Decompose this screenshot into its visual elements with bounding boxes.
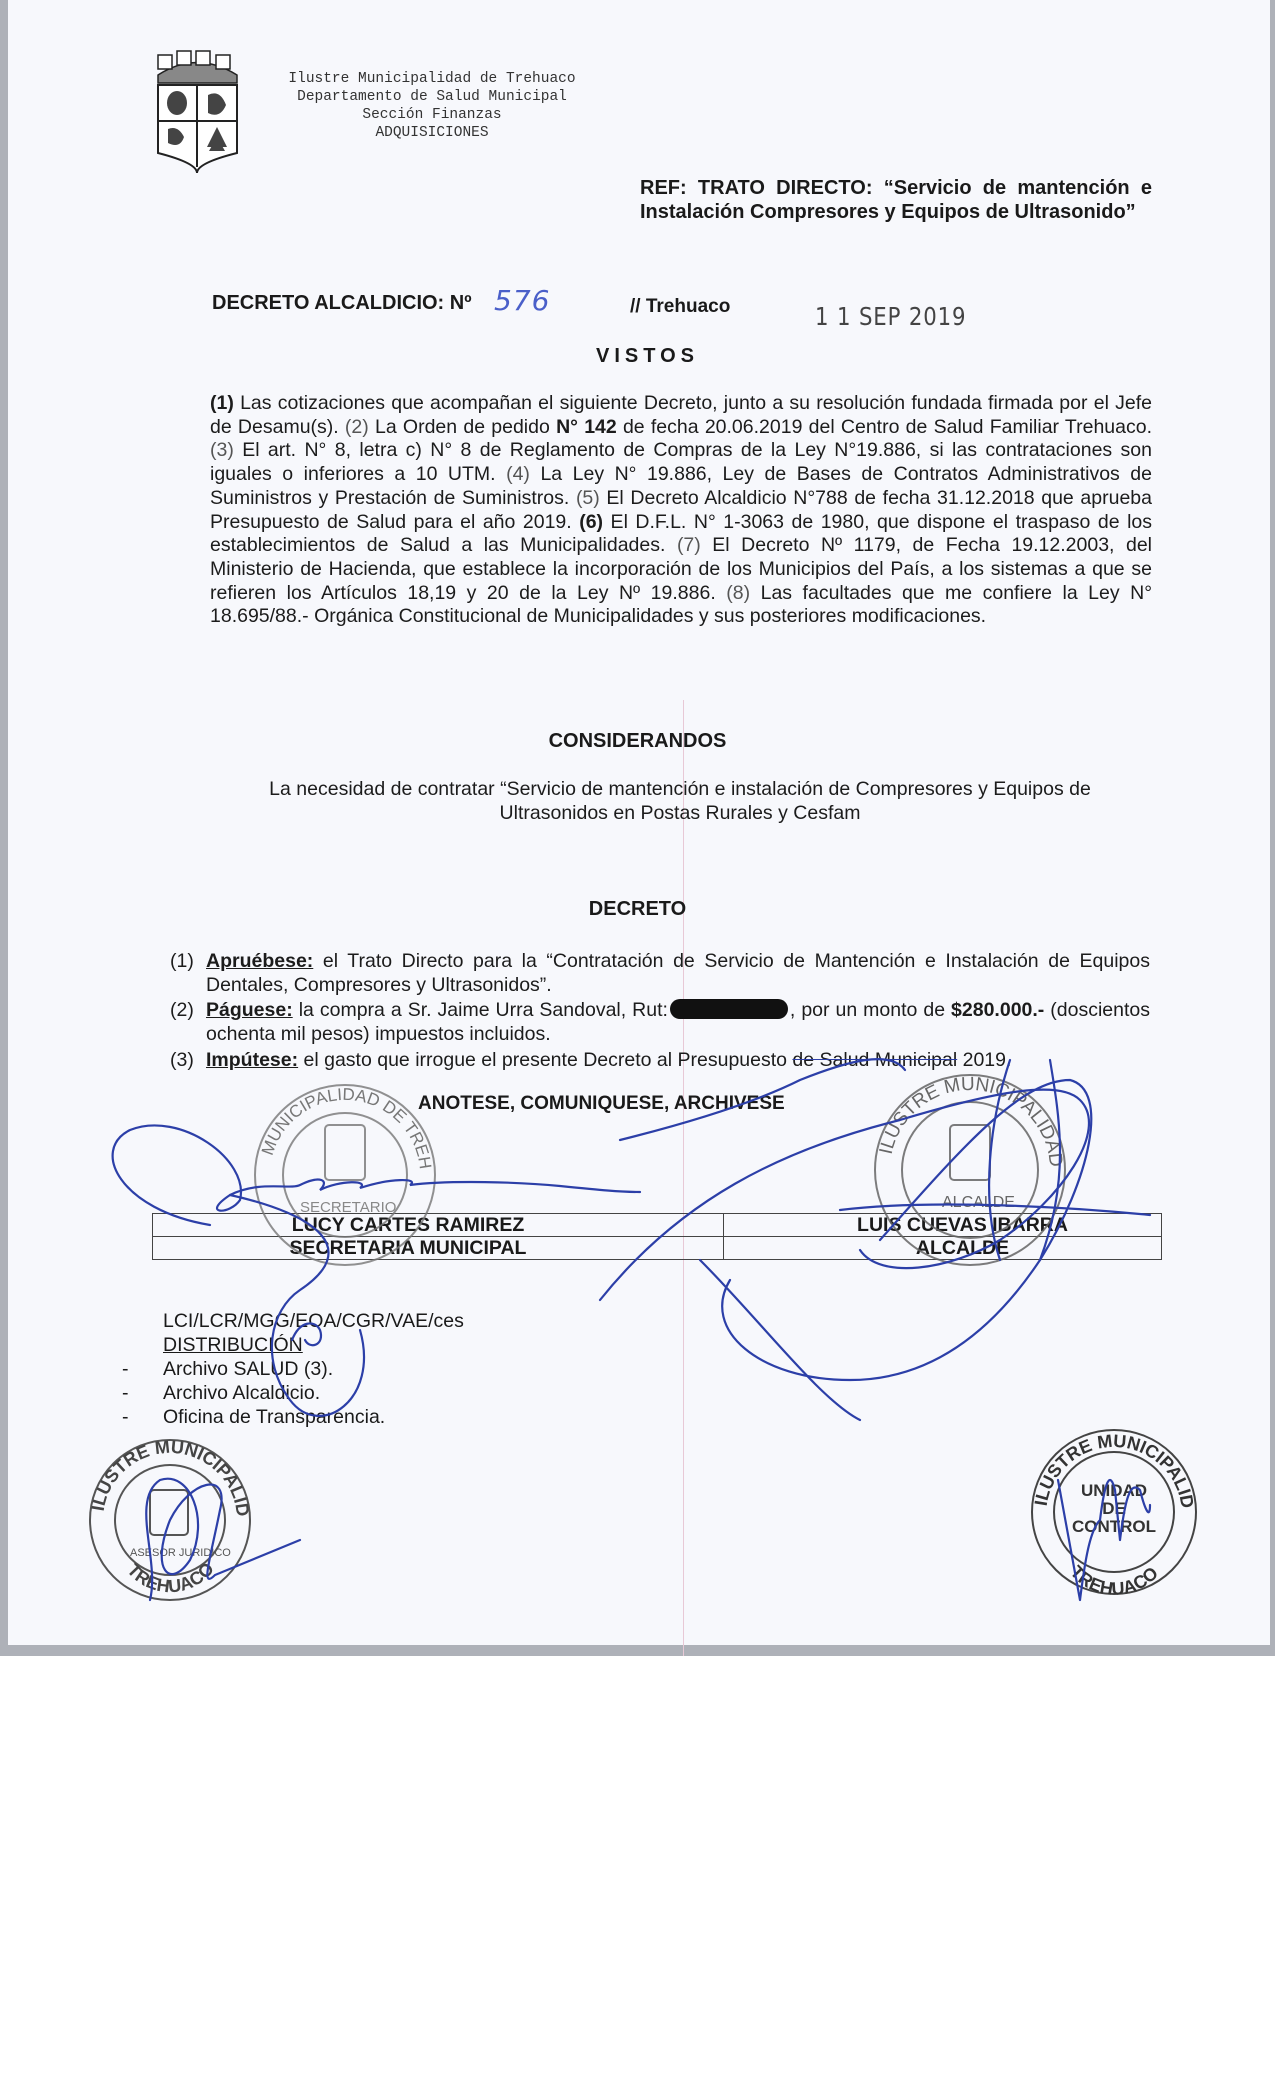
- struck-text: de Salud Municipal: [792, 1049, 957, 1071]
- decreto-items: (1)Apruébese: el Trato Directo para la “…: [170, 950, 1150, 1075]
- visto-text-2a: La Orden de pedido: [369, 416, 556, 438]
- reference-initials: LCI/LCR/MGG/EOA/CGR/VAE/ces: [163, 1309, 464, 1333]
- considerandos-text: La necesidad de contratar “Servicio de m…: [230, 778, 1130, 825]
- decreto-item-1: (1)Apruébese: el Trato Directo para la “…: [170, 950, 1150, 997]
- payment-amount: $280.000.-: [951, 999, 1044, 1021]
- signer-left-role-cell: SECRETARIA MUNICIPAL: [153, 1237, 724, 1260]
- considerandos-heading: CONSIDERANDOS: [0, 730, 1275, 753]
- distribution-list: DISTRIBUCIÓN -Archivo SALUD (3). -Archiv…: [122, 1333, 385, 1429]
- header-line-4: ADQUISICIONES: [262, 124, 602, 142]
- signer-left-name-cell: LUCY CARTES RAMIREZ: [153, 1214, 724, 1237]
- distribution-item: -Archivo SALUD (3).: [122, 1357, 385, 1381]
- signer-right-name: LUIS CUEVAS IBARRA: [857, 1214, 1068, 1236]
- decreto-item-verb: Apruébese:: [206, 950, 313, 972]
- institution-header: Ilustre Municipalidad de Trehuaco Depart…: [262, 70, 602, 142]
- decreto-heading: DECRETO: [0, 898, 1275, 921]
- visto-num-8: (8): [726, 582, 750, 604]
- vistos-paragraph: (1) Las cotizaciones que acompañan el si…: [210, 392, 1152, 629]
- decreto-item-verb: Páguese:: [206, 999, 293, 1021]
- scan-fold-line: [683, 700, 684, 1656]
- reference-subject: REF: TRATO DIRECTO: “Servicio de mantenc…: [640, 176, 1152, 224]
- visto-text-2b: de fecha 20.06.2019 del Centro de Salud …: [617, 416, 1152, 438]
- decreto-item-text-end: 2019.: [957, 1049, 1011, 1071]
- distribution-title: DISTRIBUCIÓN: [163, 1333, 385, 1357]
- visto-num-4: (4): [506, 463, 530, 485]
- visto-num-7: (7): [677, 534, 701, 556]
- signer-right-name-cell: LUIS CUEVAS IBARRA: [724, 1214, 1162, 1237]
- distribution-item: -Archivo Alcaldicio.: [122, 1381, 385, 1405]
- visto-num-5: (5): [576, 487, 600, 509]
- signer-left-role: SECRETARIA MUNICIPAL: [290, 1237, 527, 1259]
- decreto-item-2: (2)Páguese: la compra a Sr. Jaime Urra S…: [170, 999, 1150, 1046]
- visto-num-1: (1): [210, 392, 234, 414]
- vistos-heading: VISTOS: [0, 345, 1275, 368]
- signer-right-role-cell: ALCALDE: [724, 1237, 1162, 1260]
- decreto-item-index: (3): [170, 1049, 194, 1073]
- decreto-item-text: el Trato Directo para la “Contratación d…: [206, 950, 1150, 996]
- header-line-2: Departamento de Salud Municipal: [262, 88, 602, 106]
- signature-table: LUCY CARTES RAMIREZ LUIS CUEVAS IBARRA S…: [152, 1213, 1162, 1260]
- header-line-3: Sección Finanzas: [262, 106, 602, 124]
- date-stamp: 1 1 SEP 2019: [815, 302, 966, 331]
- header-line-1: Ilustre Municipalidad de Trehuaco: [262, 70, 602, 88]
- signer-right-role: ALCALDE: [916, 1237, 1009, 1259]
- decree-label: DECRETO ALCALDICIO: Nº: [212, 292, 472, 315]
- order-number: N° 142: [556, 416, 617, 438]
- decreto-item-verb: Impútese:: [206, 1049, 298, 1071]
- decreto-item-index: (1): [170, 950, 194, 974]
- visto-num-3: (3): [210, 439, 234, 461]
- decreto-item-index: (2): [170, 999, 194, 1023]
- redacted-rut: [670, 999, 788, 1019]
- decreto-item-3: (3)Impútese: el gasto que irrogue el pre…: [170, 1049, 1150, 1073]
- decree-city: // Trehuaco: [630, 296, 730, 318]
- decreto-item-text: el gasto que irrogue el presente Decreto…: [298, 1049, 792, 1071]
- visto-num-6: (6): [579, 511, 603, 533]
- decree-number-handwritten: 576: [494, 284, 550, 317]
- visto-num-2: (2): [345, 416, 369, 438]
- closing-formula: ANOTESE, COMUNIQUESE, ARCHIVESE: [418, 1093, 785, 1115]
- decreto-item-text: la compra a Sr. Jaime Urra Sandoval, Rut…: [293, 999, 668, 1021]
- distribution-item: -Oficina de Transparencia.: [122, 1405, 385, 1429]
- coat-of-arms-icon: [150, 45, 245, 175]
- decreto-item-text-mid: , por un monto de: [790, 999, 951, 1021]
- signer-left-name: LUCY CARTES RAMIREZ: [292, 1214, 525, 1236]
